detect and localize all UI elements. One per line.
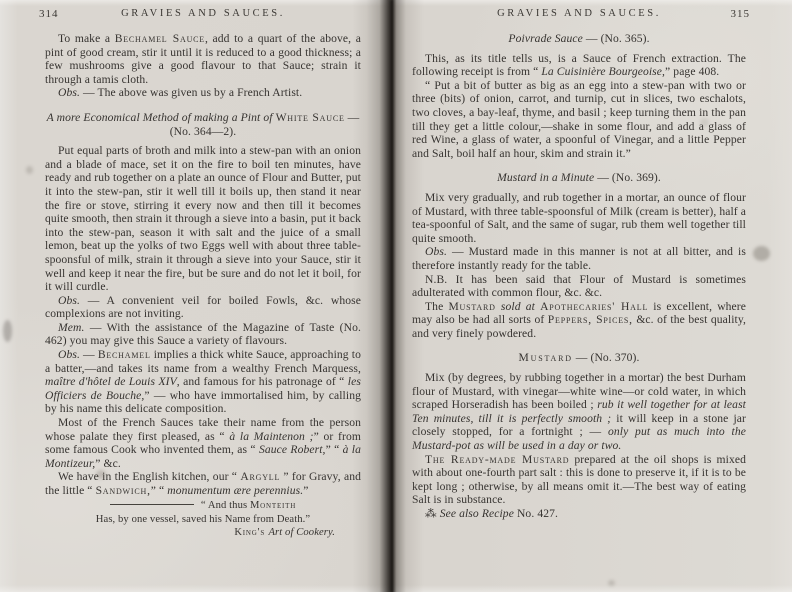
paragraph: Obs. — Mustard made in this manner is no… <box>412 245 746 272</box>
paragraph: Mem. — With the assistance of the Magazi… <box>45 321 361 348</box>
page-315-text: Poivrade Sauce — (No. 365).This, as its … <box>412 32 746 521</box>
paragraph: “ And thus Monteith <box>45 500 361 513</box>
page-314: 314 GRAVIES AND SAUCES. To make a Becham… <box>45 8 361 539</box>
book-scan: 314 GRAVIES AND SAUCES. To make a Becham… <box>0 0 792 592</box>
paragraph: This, as its title tells us, is a Sauce … <box>412 52 746 79</box>
running-head: GRAVIES AND SAUCES. <box>412 8 746 19</box>
page-314-text: To make a Bechamel Sauce, add to a quart… <box>45 32 361 539</box>
page-314-header: 314 GRAVIES AND SAUCES. <box>45 8 361 22</box>
running-head: GRAVIES AND SAUCES. <box>45 8 361 19</box>
paragraph: N.B. It has been said that Flour of Must… <box>412 273 746 300</box>
scan-smudge <box>26 166 33 174</box>
paragraph: Obs. — A convenient veil for boiled Fowl… <box>45 294 361 321</box>
paragraph: To make a Bechamel Sauce, add to a quart… <box>45 32 361 86</box>
page-number: 314 <box>39 8 59 20</box>
page-number: 315 <box>731 8 751 20</box>
paragraph: We have in the English kitchen, our “ Ar… <box>45 470 361 497</box>
recipe-heading: Mustard — (No. 370). <box>412 351 746 365</box>
paragraph: ⁂ See also Recipe No. 427. <box>412 507 746 521</box>
paragraph: Put equal parts of broth and milk into a… <box>45 144 361 294</box>
scan-smudge <box>3 320 12 342</box>
paragraph: Mix (by degrees, by rubbing together in … <box>412 371 746 453</box>
scan-smudge <box>753 246 770 261</box>
paragraph: The Ready-made Mustard prepared at the o… <box>412 453 746 507</box>
paragraph: “ Put a bit of butter as big as an egg i… <box>412 79 746 161</box>
paragraph: Mix very gradually, and rub together in … <box>412 191 746 245</box>
page-315-header: GRAVIES AND SAUCES. 315 <box>412 8 746 22</box>
scan-smudge <box>608 580 615 586</box>
paragraph: Most of the French Sauces take their nam… <box>45 416 361 470</box>
paragraph: Has, by one vessel, saved his Name from … <box>45 514 361 527</box>
paragraph: Obs. — The above was given us by a Frenc… <box>45 86 361 100</box>
recipe-heading: Poivrade Sauce — (No. 365). <box>412 32 746 46</box>
recipe-heading: Mustard in a Minute — (No. 369). <box>412 171 746 185</box>
paragraph: King's Art of Cookery. <box>45 527 361 540</box>
paragraph: The Mustard sold at Apothecaries' Hall i… <box>412 300 746 341</box>
paragraph: Obs. — Bechamel implies a thick white Sa… <box>45 348 361 416</box>
recipe-heading: A more Economical Method of making a Pin… <box>45 111 361 138</box>
page-315: GRAVIES AND SAUCES. 315 Poivrade Sauce —… <box>412 8 746 521</box>
